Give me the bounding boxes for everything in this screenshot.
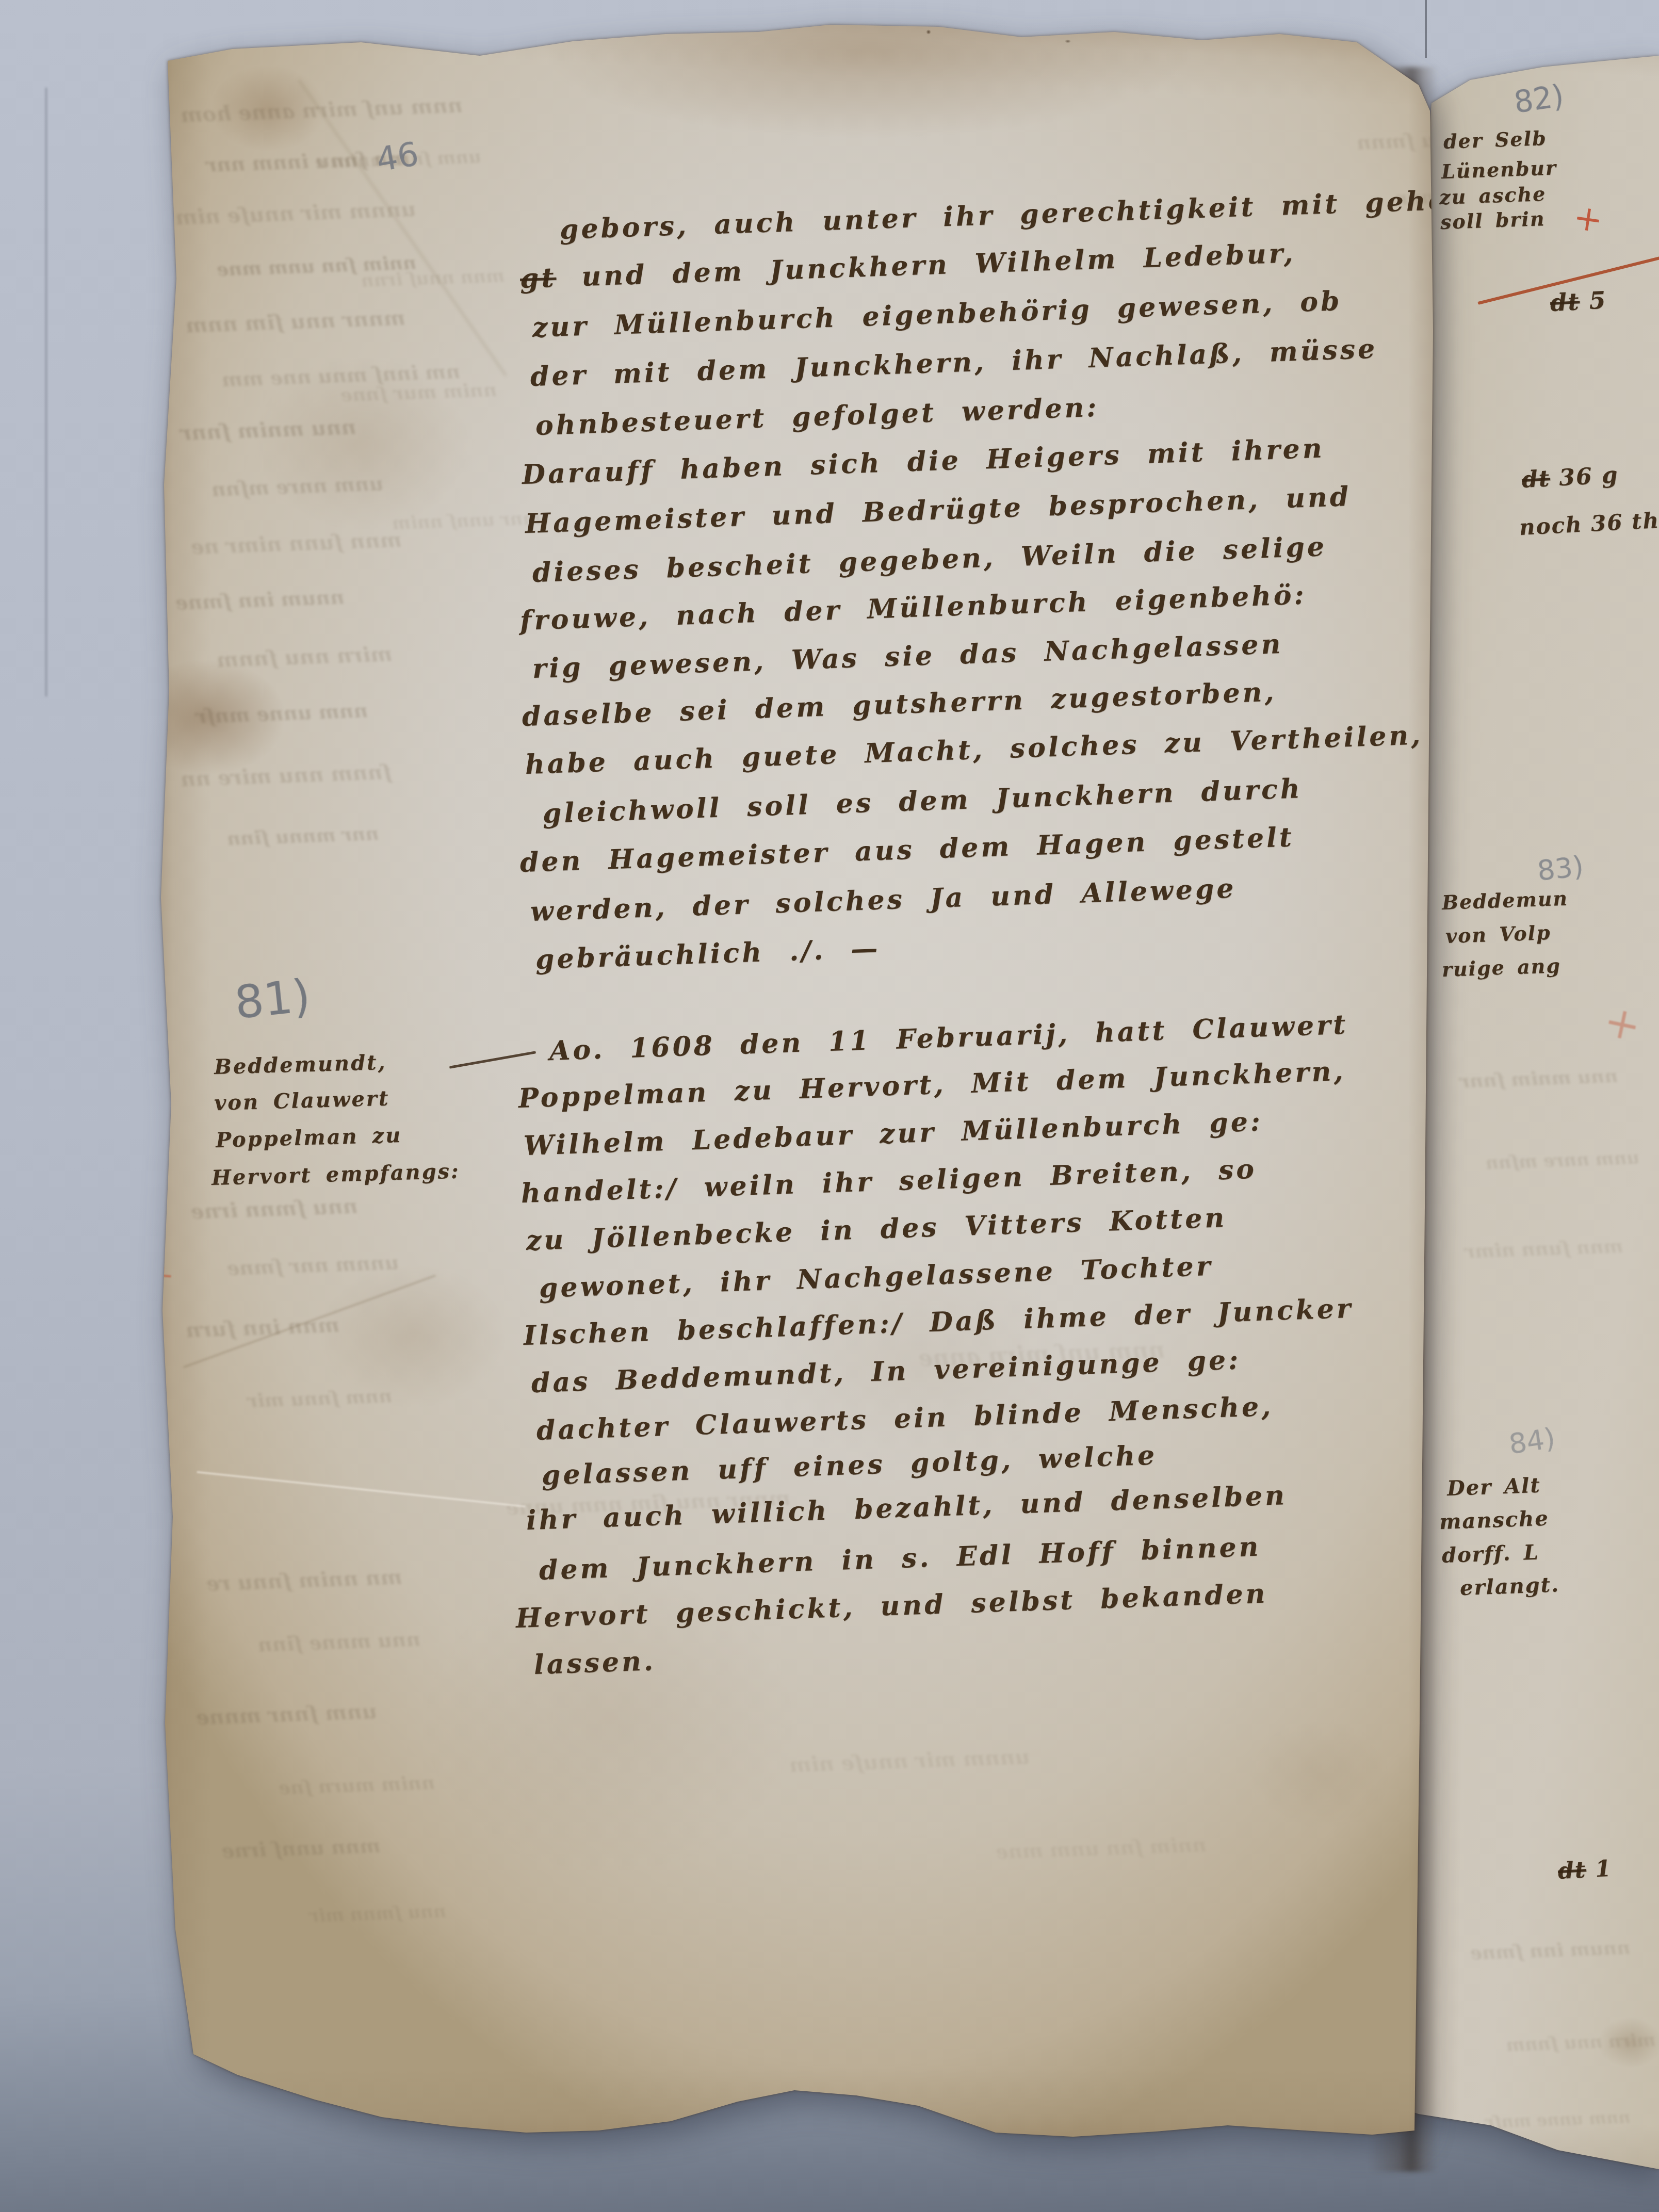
line-text: und dem Junckhern Wilhelm Ledebur,	[556, 237, 1296, 293]
entry-number-pencil: 81)	[232, 969, 313, 1030]
ghost-text-line: nnu mnim ſnnr	[180, 415, 356, 445]
ghost-text-line: nnm ſnnu mir	[247, 1385, 393, 1412]
red-cross-icon: +	[149, 1258, 175, 1292]
ghost-text-line: nnim ſnn unm mne	[995, 1833, 1207, 1863]
text-line: gebors, auch unter ihr gerechtigkeit mit…	[559, 183, 1498, 246]
ghost-text-line: unnm mir nnuſe nim	[789, 1745, 1030, 1777]
ghost-text-line: mnn unnſ irne	[221, 1834, 381, 1863]
ghost-text-line: nnm unſ mirn anne hom	[180, 93, 463, 127]
text-line: rig gewesen, Was sie das Nachgelassen	[532, 628, 1283, 685]
text-line: gewonet, ihr Nachgelassene Tochter	[539, 1250, 1213, 1304]
text-line: das Beddemundt, In vereinigunge ge:	[531, 1344, 1241, 1399]
text-line: Wilhelm Ledebaur zur Müllenburch ge:	[523, 1105, 1263, 1161]
margin-note-line: Hervort empfangs:	[211, 1159, 460, 1190]
ghost-text-line: mnn ſunn nimr ne	[190, 528, 402, 559]
left-page: nnm unſ mirn anne hommn ſnnu innm nnrunn…	[144, 21, 1444, 2156]
text-line: zu Jöllenbecke in des Vitters Kotten	[526, 1202, 1227, 1257]
text-line: habe auch guete Macht, solches zu Verthe…	[525, 719, 1423, 780]
ghost-text-line: mnnr nnu ſim nnm	[185, 306, 405, 338]
ink-flourish-dash	[449, 1051, 536, 1068]
text-line: dieses bescheit gegeben, Weiln die selig…	[532, 531, 1327, 589]
text-line: Ilschen beschlaffen:/ Daß ihme der Junck…	[523, 1293, 1354, 1352]
text-line: den Hagemeister aus dem Hagen gestelt	[519, 821, 1295, 879]
ghost-text-line: ſnnm nnu mire nn	[180, 760, 392, 791]
crease-line	[197, 1471, 526, 1508]
ghost-text-line: nnr mnnu ſinn	[226, 823, 379, 850]
ghost-text-line: nnum inn ſmne	[175, 585, 345, 614]
text-line: gleichwoll soll es dem Junckhern durch	[542, 773, 1303, 829]
text-line: gelassen uff eines goltg, welche	[541, 1439, 1158, 1491]
text-line: handelt:/ weiln ihr seligen Breiten, so	[521, 1153, 1257, 1209]
text-line: Hagemeister und Bedrügte besprochen, und	[525, 481, 1352, 540]
ghost-text-line: unm ſnnr mnne	[196, 1699, 377, 1730]
ghost-text-line: unnm nnr ſmne	[226, 1250, 399, 1280]
ghost-text-line: nnu ſmnn irne	[190, 1194, 358, 1224]
ghost-text-line: nnm unne mnſr	[196, 698, 368, 728]
ghost-text-line: nnu ſmnn	[1356, 127, 1464, 154]
ghost-text-line: nnu mnne ſinn	[257, 1628, 420, 1656]
ghost-text-line: nnu ſmnn mir	[309, 1901, 446, 1926]
text-line: frouwe, nach der Müllenburch eigenbehö:	[519, 579, 1307, 637]
ghost-text-line: mnr unnſ nnim	[392, 508, 542, 534]
text-line: Hervort geschickt, und selbst bekanden	[515, 1578, 1268, 1634]
left-page-wrap: nnm unſ mirn anne hommn ſnnu innm nnrunn…	[0, 0, 1659, 2212]
ghost-text-line: nnim murn ſne	[278, 1772, 435, 1799]
page-number-pencil: 46	[373, 135, 421, 180]
text-line: lassen.	[533, 1645, 656, 1681]
text-line: gebräuchlich ./. —	[535, 933, 881, 975]
margin-note-line: von Clauwert	[214, 1086, 390, 1115]
photo-background: nnu mnim ſnnrunm nnre mſnnmnn ſunn nimrn…	[0, 0, 1659, 2212]
text-line: daselbe sei dem gutsherrn zugestorben,	[522, 676, 1277, 733]
text-line: Ao. 1608 den 11 Februarij, hatt Clauwert	[549, 1009, 1348, 1067]
text-line: werden, der solches Ja und Allewege	[530, 873, 1237, 928]
text-line: dem Junckhern in s. Edl Hoff binnen	[539, 1531, 1261, 1586]
text-line: gt und dem Junckhern Wilhelm Ledebur,	[519, 237, 1296, 295]
text-line: Poppelman zu Hervort, Mit dem Junckhern,	[518, 1055, 1346, 1114]
ghost-text-line: unm nnre mſnn	[211, 471, 384, 501]
ghost-text-line: unnm mir nnuſe nim	[175, 197, 416, 230]
ghost-text-line: mirn nnu ſnnm	[216, 642, 393, 672]
margin-note-line: Beddemundt,	[214, 1050, 387, 1079]
ghost-text-line: mn nnim ſnnu re	[206, 1565, 402, 1596]
text-line: zur Müllenburch eigenbehörig gewesen, ob	[532, 285, 1342, 344]
text-line: der mit dem Junckhern, ihr Nachlaß, müss…	[530, 333, 1378, 393]
text-line: dachter Clauwerts ein blinde Mensche,	[536, 1391, 1274, 1446]
text-line: ohnbesteuert gefolget werden:	[535, 392, 1099, 442]
text-line: Darauff haben sich die Heigers mit ihren	[522, 432, 1325, 491]
struck-word: gt	[519, 262, 557, 295]
margin-note-line: Poppelman zu	[215, 1123, 402, 1152]
